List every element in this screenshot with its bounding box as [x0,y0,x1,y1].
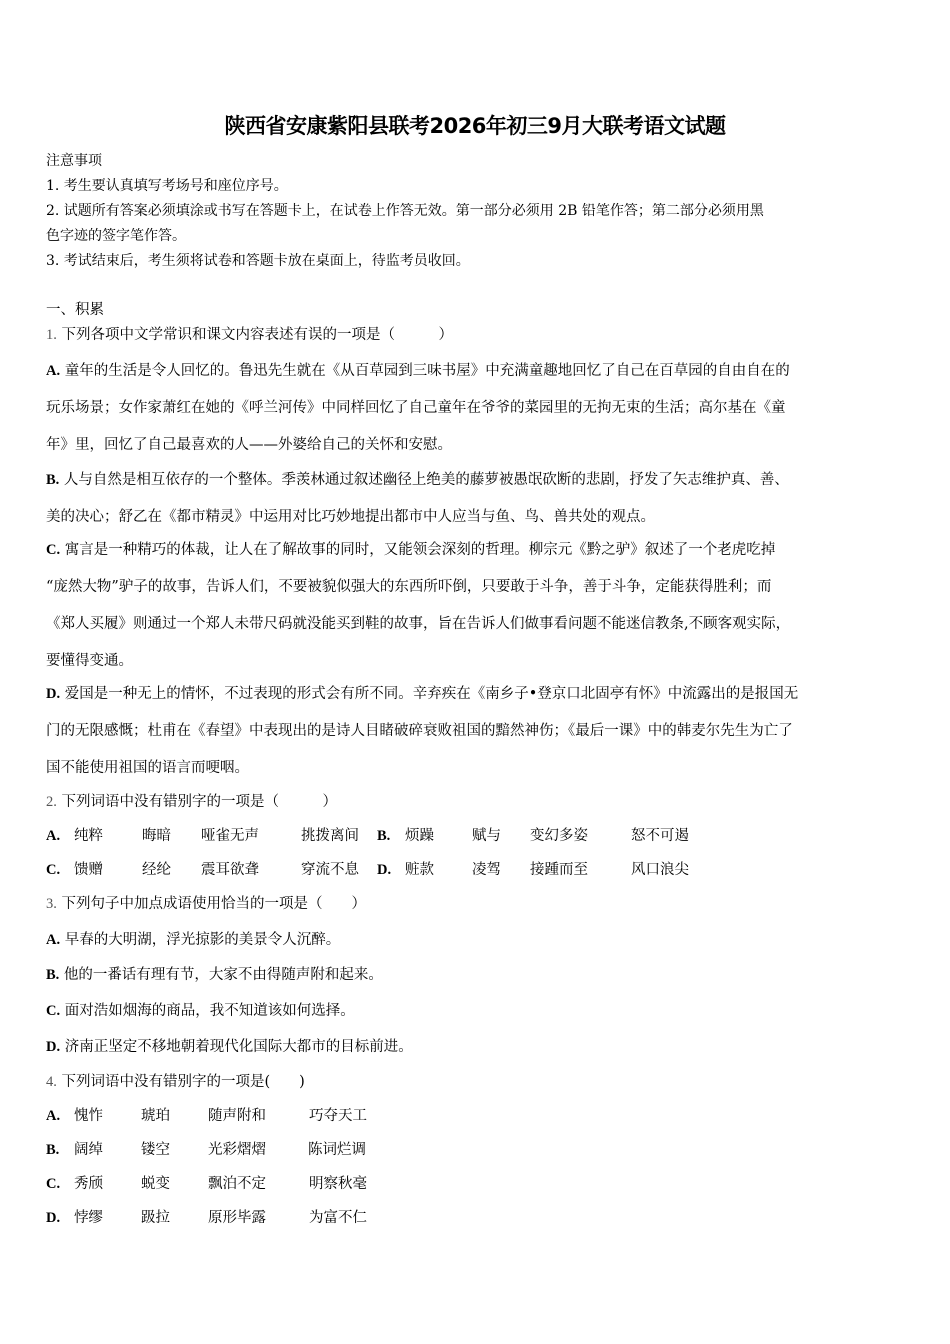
option-label: A. [46,932,60,948]
question-stem: 3. 下列句子中加点成语使用恰当的一项是（ ） [46,894,366,914]
option-word: 凌驾 [472,860,501,880]
notice-item: 2. 试题所有答案必须填涂或书写在答题卡上，在试卷上作答无效。第一部分必须用 2… [46,201,764,221]
section-heading: 一、积累 [46,300,104,320]
option-a: A. 童年的生活是令人回忆的。鲁迅先生就在《从百草园到三味书屋》中充满童趣地回忆… [46,361,790,381]
option-b: B. 人与自然是相互依存的一个整体。季羡林通过叙述幽径上绝美的藤萝被愚氓砍断的悲… [46,470,789,490]
question-stem: 2. 下列词语中没有错别字的一项是（ ） [46,792,337,812]
option-text-line: “庞然大物”驴子的故事，告诉人们，不要被貌似强大的东西所吓倒，只要敢于斗争，善于… [46,577,771,597]
option-word: 经纶 [142,860,171,880]
option-word: 蜕变 [141,1174,170,1194]
option-label: B. [46,472,59,488]
option-text-line: 《郑人买履》则通过一个郑人未带尺码就没能买到鞋的故事，旨在告诉人们做事看问题不能… [46,614,790,634]
question-number: 4. [46,1074,57,1090]
question-text: 下列各项中文学常识和课文内容表述有误的一项是（ ） [61,327,453,343]
option-word: 哑雀无声 [201,826,259,846]
option-d: D. 济南正坚定不移地朝着现代化国际大都市的目标前进。 [46,1037,413,1057]
option-word: 秀颀 [74,1174,103,1194]
option-label: A. [46,363,60,379]
option-text-line: 门的无限感慨；杜甫在《春望》中表现出的是诗人目睹破碎衰败祖国的黯然神伤；《最后一… [46,721,793,741]
option-text: 爱国是一种无上的情怀，不过表现的形式会有所不同。辛弃疾在《南乡子•登京口北固亭有… [65,686,799,702]
option-a: A. 早春的大明湖，浮光掠影的美景令人沉醉。 [46,930,340,950]
option-word: 馈赠 [74,860,103,880]
option-word: 明察秋毫 [309,1174,367,1194]
option-word: 琥珀 [141,1106,170,1126]
option-text: 济南正坚定不移地朝着现代化国际大都市的目标前进。 [65,1039,413,1055]
option-label: D. [46,686,60,702]
option-label: C. [46,542,60,558]
option-d: D. 爱国是一种无上的情怀，不过表现的形式会有所不同。辛弃疾在《南乡子•登京口北… [46,684,798,704]
question-number: 2. [46,794,57,810]
question-stem: 4. 下列词语中没有错别字的一项是( ) [46,1072,305,1092]
option-word: 原形毕露 [208,1208,266,1228]
notice-item: 3. 考试结束后，考生须将试卷和答题卡放在桌面上，待监考员收回。 [46,251,470,271]
option-word: 风口浪尖 [631,860,689,880]
question-stem: 1. 下列各项中文学常识和课文内容表述有误的一项是（ ） [46,325,453,345]
option-label: C. [46,1003,60,1019]
option-word: 接踵而至 [530,860,588,880]
option-text-line: 要懂得变通。 [46,651,133,671]
option-label: A. [46,1106,60,1126]
option-text-line: 玩乐场景；女作家萧红在她的《呼兰河传》中同样回忆了自己童年在爷爷的菜园里的无拘无… [46,398,786,418]
option-word: 光彩熠熠 [208,1140,266,1160]
option-label: B. [46,967,59,983]
option-label: B. [46,1140,59,1160]
option-text-line: 国不能使用祖国的语言而哽咽。 [46,758,249,778]
option-word: 挑拨离间 [301,826,359,846]
notice-item: 1. 考生要认真填写考场号和座位序号。 [46,176,288,196]
option-label: A. [46,826,60,846]
option-label: D. [46,1208,60,1228]
option-word: 镂空 [141,1140,170,1160]
option-text-line: 年》里，回忆了自己最喜欢的人——外婆给自己的关怀和安慰。 [46,435,452,455]
document-page: 陕西省安康紫阳县联考2026年初三9月大联考语文试题 注意事项 1. 考生要认真… [0,0,950,1344]
notice-heading: 注意事项 [46,151,102,171]
option-word: 怒不可遏 [631,826,689,846]
option-label: C. [46,860,60,880]
option-text: 面对浩如烟海的商品，我不知道该如何选择。 [65,1003,355,1019]
option-word: 变幻多姿 [530,826,588,846]
notice-item: 色字迹的签字笔作答。 [46,226,186,246]
option-word: 陈词烂调 [308,1140,366,1160]
option-label: C. [46,1174,60,1194]
option-word: 为富不仁 [309,1208,367,1228]
option-label: D. [46,1039,60,1055]
option-word: 巧夺天工 [309,1106,367,1126]
option-word: 穿流不息 [301,860,359,880]
question-text: 下列词语中没有错别字的一项是（ ） [61,794,337,810]
option-word: 阔绰 [74,1140,103,1160]
question-text: 下列词语中没有错别字的一项是( ) [61,1074,304,1090]
option-word: 烦躁 [405,826,434,846]
option-word: 飘泊不定 [208,1174,266,1194]
option-text: 早春的大明湖，浮光掠影的美景令人沉醉。 [65,932,341,948]
option-label: D. [377,860,391,880]
option-word: 愧怍 [74,1106,103,1126]
option-text: 他的一番话有理有节，大家不由得随声附和起来。 [64,967,383,983]
option-text: 人与自然是相互依存的一个整体。季羡林通过叙述幽径上绝美的藤萝被愚氓砍断的悲剧，抒… [64,472,789,488]
option-word: 随声附和 [208,1106,266,1126]
option-b: B. 他的一番话有理有节，大家不由得随声附和起来。 [46,965,383,985]
option-word: 晦暗 [142,826,171,846]
option-text: 寓言是一种精巧的体裁，让人在了解故事的同时，又能领会深刻的哲理。柳宗元《黔之驴》… [65,542,776,558]
option-word: 悖缪 [74,1208,103,1228]
option-word: 震耳欲聋 [201,860,259,880]
option-word: 趿拉 [141,1208,170,1228]
option-text-line: 美的决心；舒乙在《都市精灵》中运用对比巧妙地提出都市中人应当与鱼、鸟、兽共处的观… [46,507,655,527]
question-text: 下列句子中加点成语使用恰当的一项是（ ） [61,896,366,912]
option-word: 赃款 [405,860,434,880]
option-word: 纯粹 [74,826,103,846]
option-word: 赋与 [472,826,501,846]
option-c: C. 寓言是一种精巧的体裁，让人在了解故事的同时，又能领会深刻的哲理。柳宗元《黔… [46,540,775,560]
question-number: 1. [46,327,57,343]
option-c: C. 面对浩如烟海的商品，我不知道该如何选择。 [46,1001,355,1021]
option-label: B. [377,826,390,846]
option-text: 童年的生活是令人回忆的。鲁迅先生就在《从百草园到三味书屋》中充满童趣地回忆了自己… [65,363,790,379]
question-number: 3. [46,896,57,912]
page-title: 陕西省安康紫阳县联考2026年初三9月大联考语文试题 [0,110,950,140]
